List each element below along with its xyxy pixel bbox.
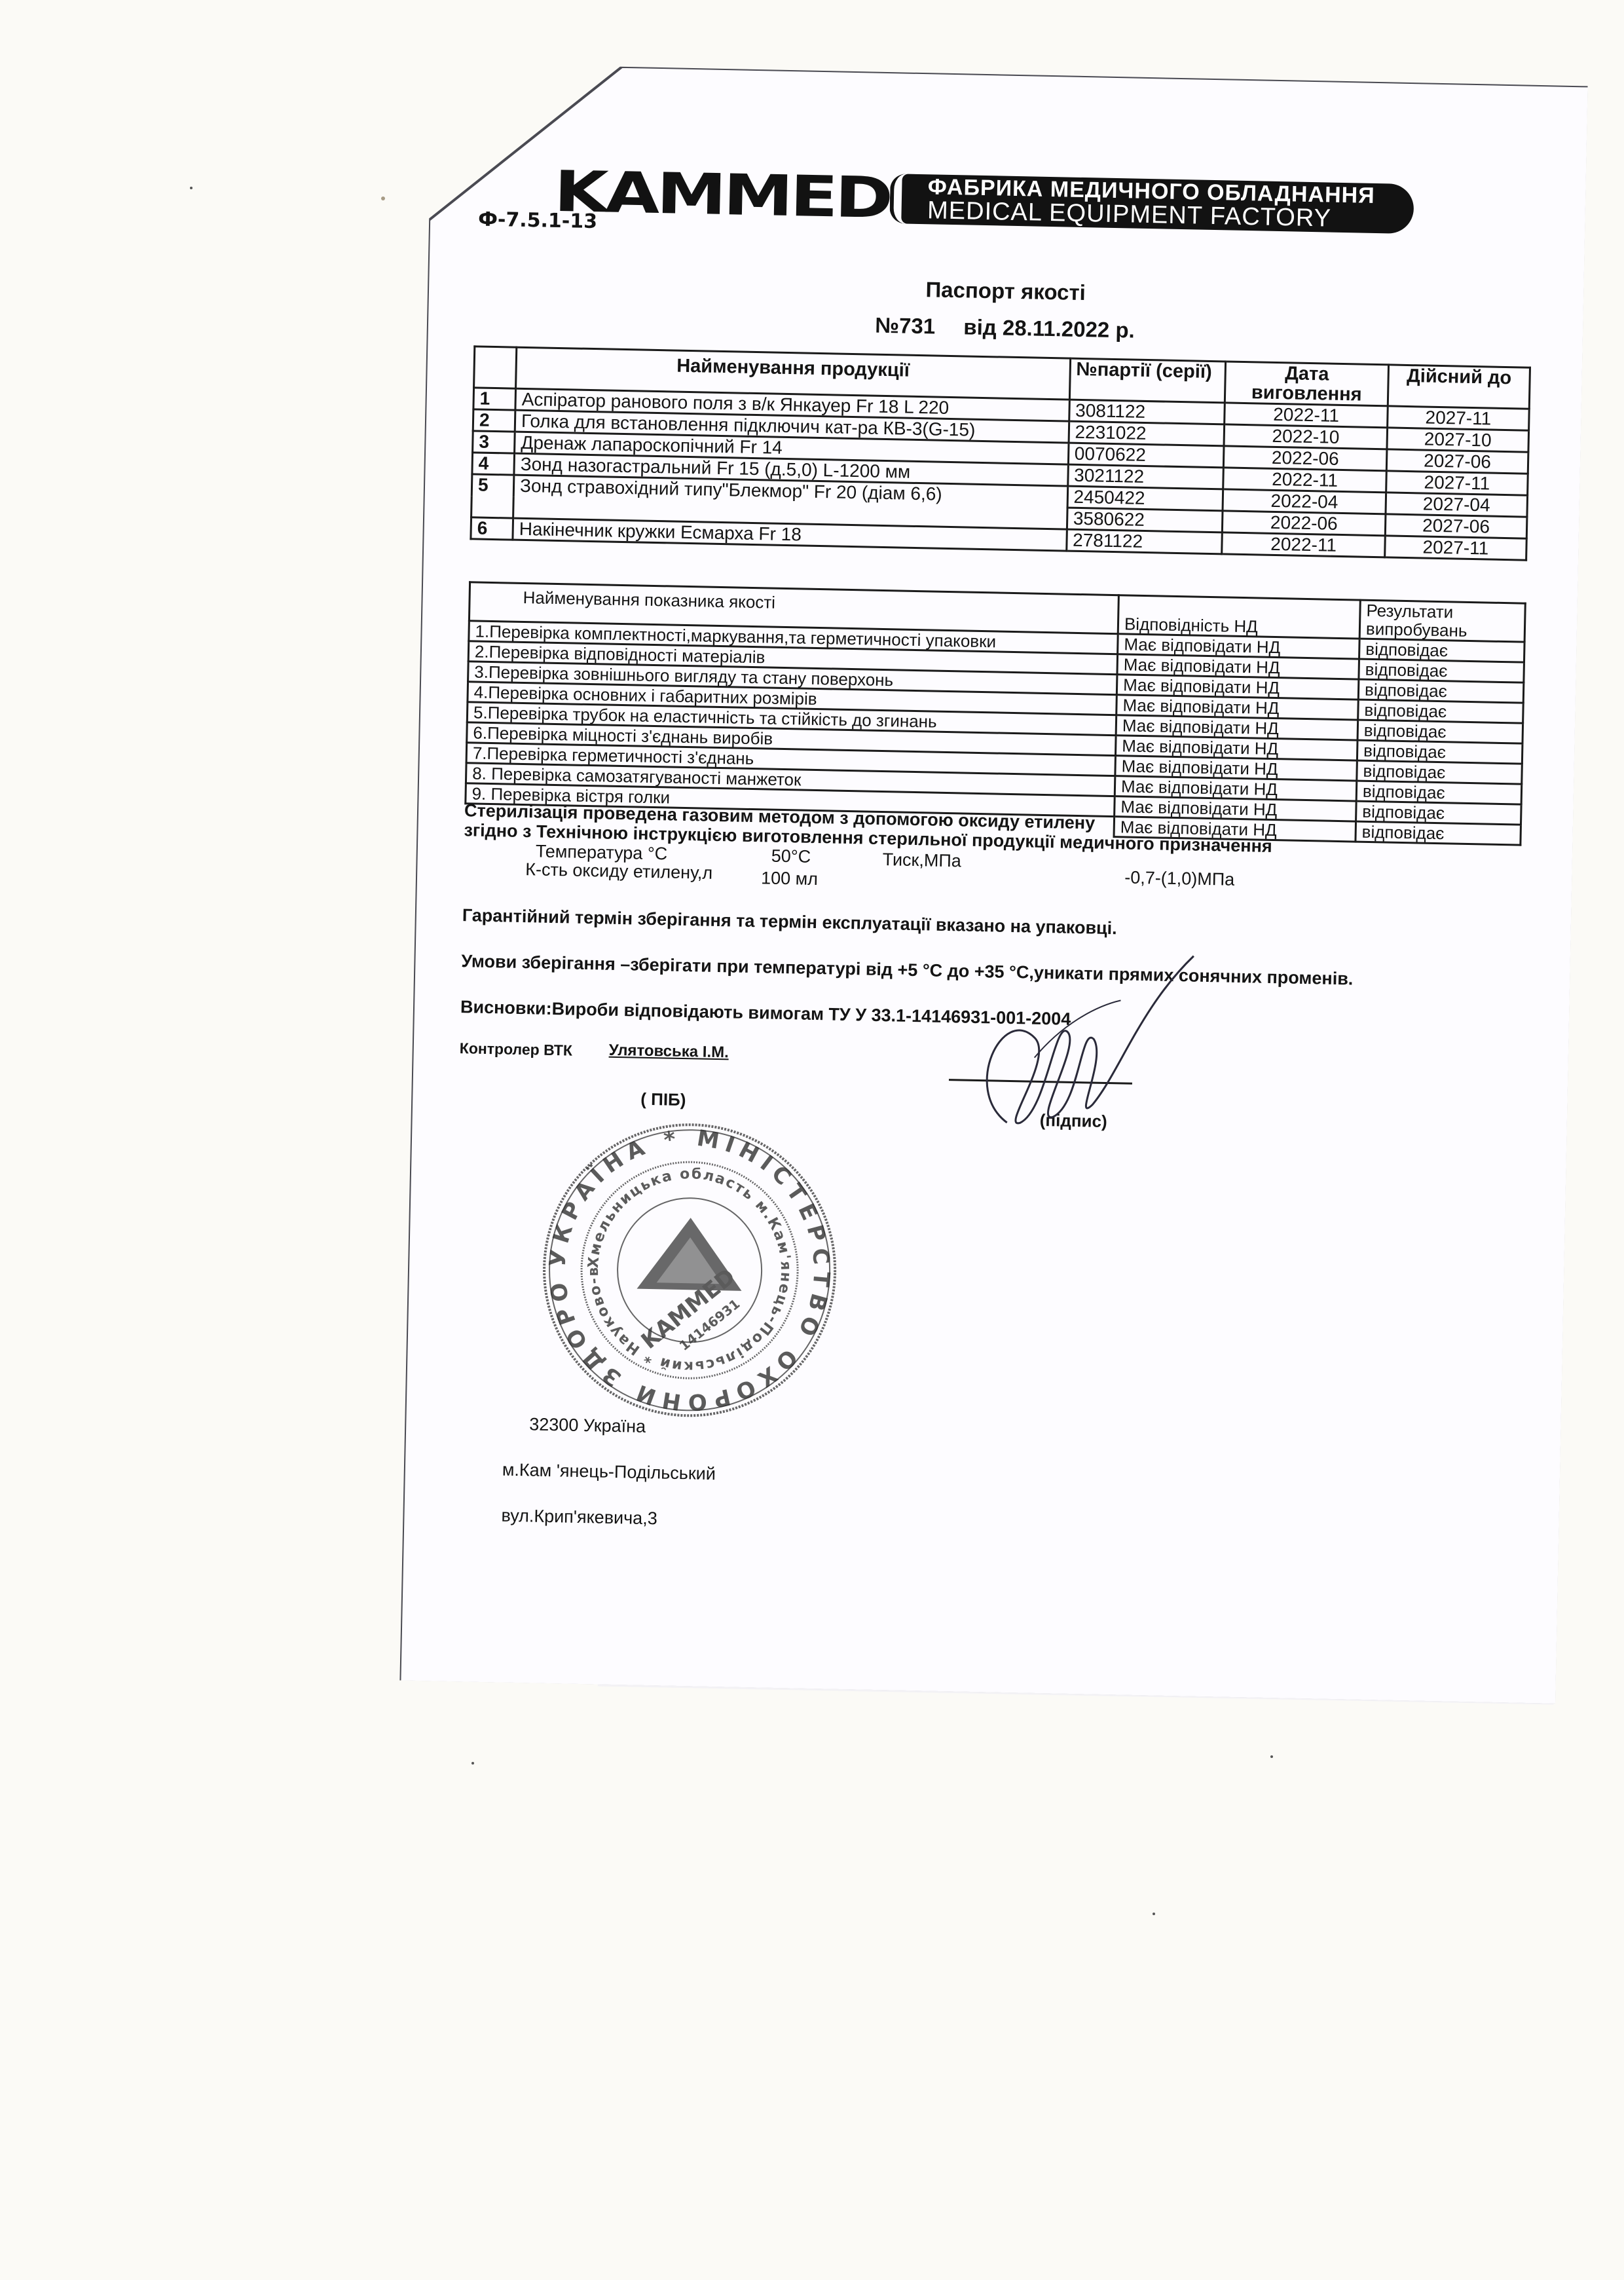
product-mfg-date: 2022-04 — [1223, 489, 1386, 514]
logo-brand-wordmark: KAMMED — [553, 164, 891, 227]
product-row-number: 1 — [473, 388, 516, 410]
header-nd-compliance: Відповідність НД — [1118, 595, 1360, 639]
passport-number: №731 — [875, 313, 936, 339]
test-result: відповідає — [1357, 720, 1523, 743]
eo-amount-label: К-сть оксиду етилену,л — [525, 859, 712, 883]
handwritten-signature — [921, 924, 1200, 1139]
passport-date: від 28.11.2022 р. — [963, 314, 1135, 342]
product-mfg-date: 2022-11 — [1223, 468, 1386, 493]
product-row-number: 3 — [473, 431, 515, 453]
product-valid-until: 2027-10 — [1387, 428, 1529, 452]
test-result: відповідає — [1358, 679, 1524, 703]
product-row-number: 6 — [471, 517, 513, 540]
logo-banner: ФАБРИКА МЕДИЧНОГО ОБЛАДНАННЯ MEDICAL EQU… — [901, 174, 1414, 234]
product-valid-until: 2027-11 — [1386, 471, 1528, 495]
product-valid-until: 2027-04 — [1386, 493, 1528, 517]
controller-name: Улятовська І.М. — [609, 1041, 729, 1062]
test-result: відповідає — [1357, 740, 1522, 764]
product-batch-number: 2231022 — [1069, 421, 1225, 446]
product-batch-number: 3081122 — [1069, 400, 1225, 424]
temperature-value: 50°С — [771, 846, 811, 867]
header-test-results: Результати випробувань — [1359, 600, 1525, 642]
product-batch-number: 3580622 — [1067, 508, 1223, 533]
scan-speck — [471, 1762, 474, 1765]
address-city: м.Кам 'янець-Подільський — [502, 1460, 716, 1485]
pressure-value: -0,7-(1,0)МПа — [1124, 867, 1235, 889]
header-batch: №партії (серії) — [1069, 358, 1226, 403]
product-mfg-date: 2022-11 — [1225, 403, 1388, 428]
pressure-label: Тиск,МПа — [882, 850, 961, 870]
storage-conditions: Умови зберігання –зберігати при температ… — [461, 951, 1353, 989]
product-mfg-date: 2022-10 — [1224, 424, 1387, 449]
product-mfg-date: 2022-06 — [1224, 446, 1387, 471]
products-table: Найменування продукції №партії (серії) Д… — [470, 345, 1531, 561]
test-result: відповідає — [1358, 700, 1524, 723]
name-caption: ( ПІБ) — [640, 1089, 686, 1110]
eo-amount-value: 100 мл — [761, 868, 818, 889]
address-street: вул.Крип'якевича,3 — [501, 1506, 657, 1529]
product-mfg-date: 2022-11 — [1222, 533, 1385, 557]
product-valid-until: 2027-11 — [1385, 536, 1527, 560]
scan-speck — [1153, 1913, 1155, 1915]
test-result: відповідає — [1359, 639, 1525, 662]
controller-role: Контролер ВТК — [460, 1039, 573, 1059]
product-valid-until: 2027-11 — [1388, 406, 1530, 430]
header-valid-until: Дійсний до — [1388, 365, 1530, 409]
product-mfg-date: 2022-06 — [1223, 511, 1386, 536]
product-row-number: 5 — [471, 474, 514, 518]
quality-passport-page: Ф-7.5.1-13 KAMMED ФАБРИКА МЕДИЧНОГО ОБЛА… — [399, 63, 1587, 1704]
product-row-number: 4 — [472, 453, 515, 475]
scan-speck — [1270, 1755, 1273, 1758]
company-logo: KAMMED ФАБРИКА МЕДИЧНОГО ОБЛАДНАННЯ MEDI… — [553, 164, 1414, 237]
product-batch-number: 3021122 — [1067, 464, 1223, 489]
test-result: відповідає — [1357, 760, 1522, 784]
product-row-number: 2 — [473, 409, 515, 432]
scan-speck — [381, 196, 385, 200]
product-batch-number: 2450422 — [1067, 486, 1223, 511]
official-round-stamp: УКРАЇНА * МІНІСТЕРСТВО ОХОРОНИ ЗДОРОВ'Я … — [536, 1117, 843, 1424]
product-batch-number: 2781122 — [1066, 529, 1222, 554]
address-postal-country: 32300 Україна — [529, 1414, 646, 1437]
header-mfg-date: Дата виговлення — [1225, 362, 1389, 406]
scan-speck — [190, 187, 193, 189]
header-num — [474, 346, 517, 388]
test-result: відповідає — [1359, 659, 1524, 682]
product-valid-until: 2027-06 — [1385, 514, 1527, 538]
product-valid-until: 2027-06 — [1386, 449, 1528, 474]
test-result: відповідає — [1356, 781, 1522, 804]
product-batch-number: 0070622 — [1068, 443, 1224, 468]
